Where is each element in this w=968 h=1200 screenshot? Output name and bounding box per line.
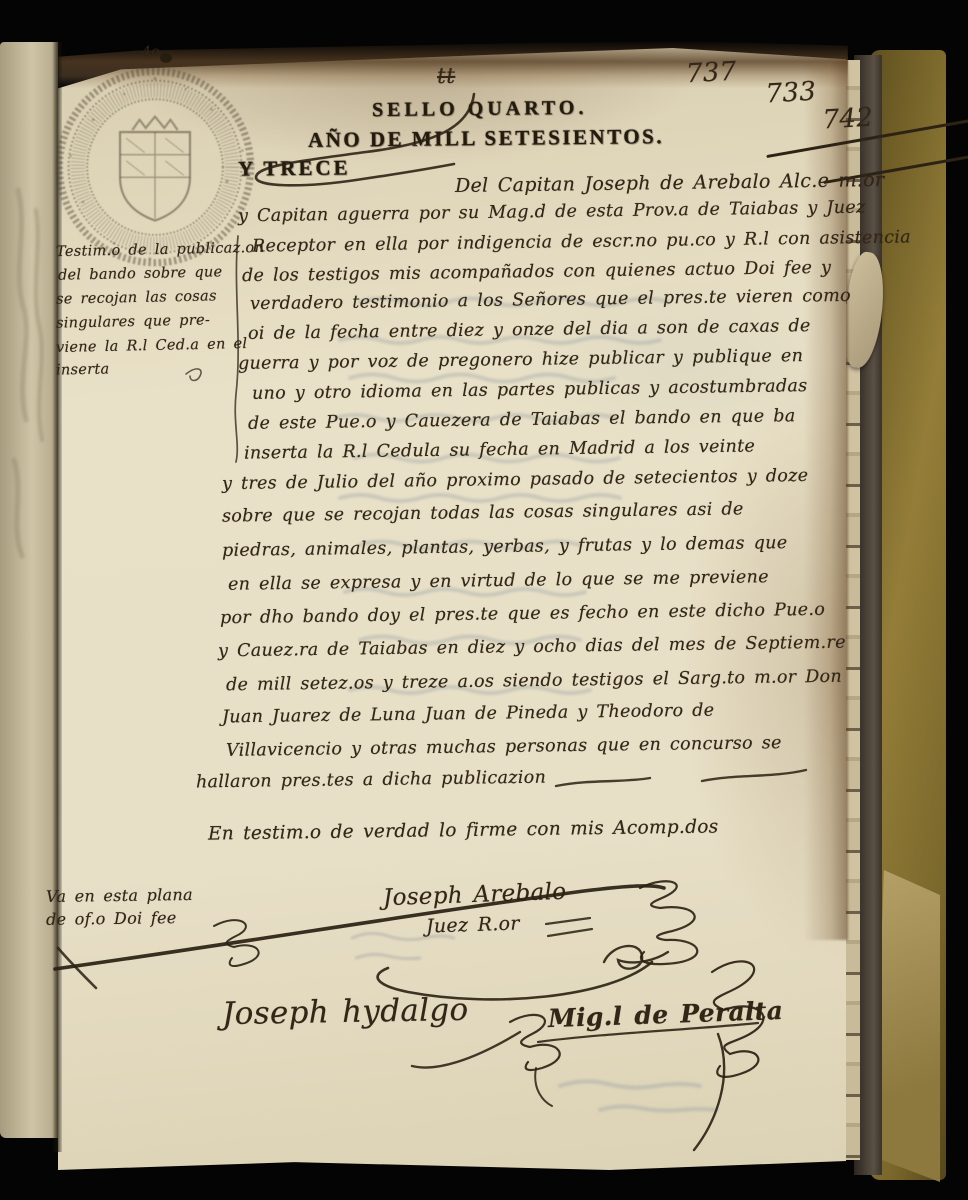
clerk-note-line: de of.o Doi fee	[46, 908, 177, 929]
clerk-note-line: Va en esta plana	[46, 885, 193, 906]
stamp-line-trece: Y TRECE	[238, 155, 351, 181]
margin-note-line: se recojan las cosas	[56, 288, 217, 307]
margin-note-line: inserta	[56, 361, 110, 378]
signature-notary-title: Juez R.or	[426, 912, 520, 937]
signature-witness-1: Joseph hydalgo	[222, 992, 469, 1032]
previous-page-edge	[0, 42, 58, 1138]
stamp-line-sello: SELLO QUARTO.	[372, 97, 588, 122]
photograph-of-manuscript: { "colors": { "background": "#050404", "…	[0, 0, 968, 1200]
quarto-mark: 4o	[142, 44, 160, 60]
margin-note-line: singulares que pre-	[56, 312, 210, 331]
tt-mark: tt	[437, 64, 456, 89]
stamp-line-ano: AÑO DE MILL SETESIENTOS.	[308, 124, 664, 153]
folio-number-current: 737	[685, 57, 737, 90]
parchment-cover-fold	[874, 870, 940, 1182]
